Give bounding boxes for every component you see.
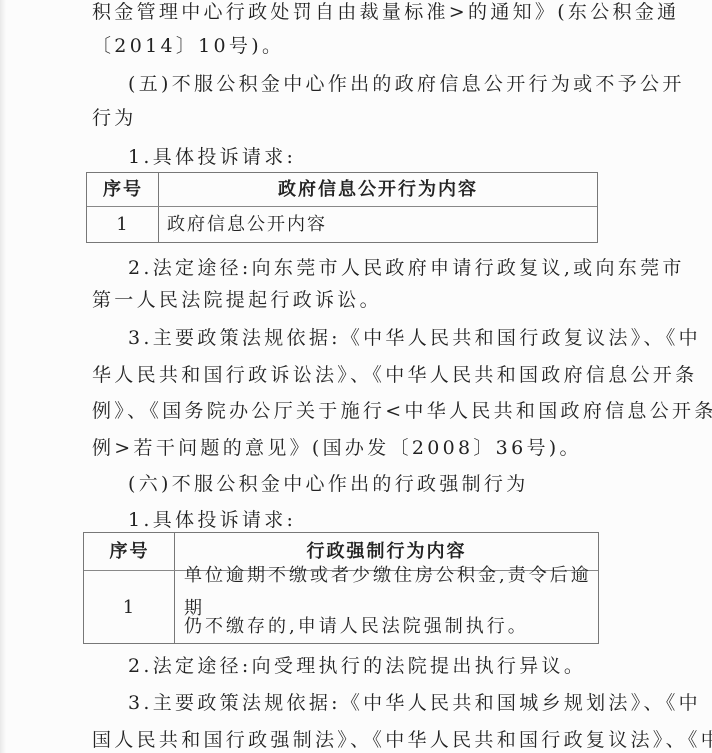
table-cell-content-line-2: 仍不缴存的,申请人民法院强制执行。	[184, 611, 598, 641]
section-6-policy-basis: 3.主要政策法规依据:《中华人民共和国城乡规划法》、《中	[128, 691, 701, 715]
info-disclosure-table: 序号 政府信息公开行为内容 1 政府信息公开内容	[86, 172, 598, 243]
page-edge-shadow	[0, 0, 6, 753]
table-header-content: 政府信息公开行为内容	[159, 173, 597, 206]
administrative-enforcement-table: 序号 行政强制行为内容 1 单位逾期不缴或者少缴住房公积金,责令后逾期 仍不缴存…	[83, 532, 599, 644]
section-6-legal-route: 2.法定途径:向受理执行的法院提出执行异议。	[128, 654, 586, 678]
table-header-index: 序号	[87, 173, 159, 206]
section-6-request-label: 1.具体投诉请求:	[128, 508, 296, 532]
table-cell-content-line-1: 单位逾期不缴或者少缴住房公积金,责令后逾期	[184, 577, 598, 607]
text-line-notice-title-end: 积金管理中心行政处罚自由裁量标准>的通知》(东公积金通	[92, 0, 679, 24]
section-5-policy-basis-line-3: 例》、《国务院办公厅关于施行<中华人民共和国政府信息公开条	[92, 399, 712, 423]
section-5-heading-continued: 行为	[92, 106, 137, 130]
section-5-policy-basis-line-2: 华人民共和国行政诉讼法》、《中华人民共和国政府信息公开条	[92, 363, 697, 387]
section-6-heading: (六)不服公积金中心作出的行政强制行为	[128, 472, 529, 496]
table-header-index: 序号	[84, 533, 175, 570]
table-cell-index: 1	[87, 207, 159, 242]
section-5-request-label: 1.具体投诉请求:	[128, 145, 296, 169]
text-line-notice-number: 〔2014〕10号)。	[92, 34, 284, 58]
table-cell-content: 政府信息公开内容	[167, 207, 587, 242]
section-5-legal-route-continued: 第一人民法院提起行政诉讼。	[92, 288, 382, 312]
section-5-policy-basis-line-4: 例>若干问题的意见》(国办发〔2008〕36号)。	[92, 436, 582, 460]
section-5-heading: (五)不服公积金中心作出的政府信息公开行为或不予公开	[128, 72, 685, 96]
section-6-policy-basis-line-2: 国人民共和国行政强制法》、《中华人民共和国行政复议法》、《中	[92, 728, 712, 752]
section-5-policy-basis: 3.主要政策法规依据:《中华人民共和国行政复议法》、《中	[128, 326, 701, 350]
table-cell-index: 1	[84, 571, 175, 643]
section-5-legal-route: 2.法定途径:向东莞市人民政府申请行政复议,或向东莞市	[128, 256, 685, 280]
